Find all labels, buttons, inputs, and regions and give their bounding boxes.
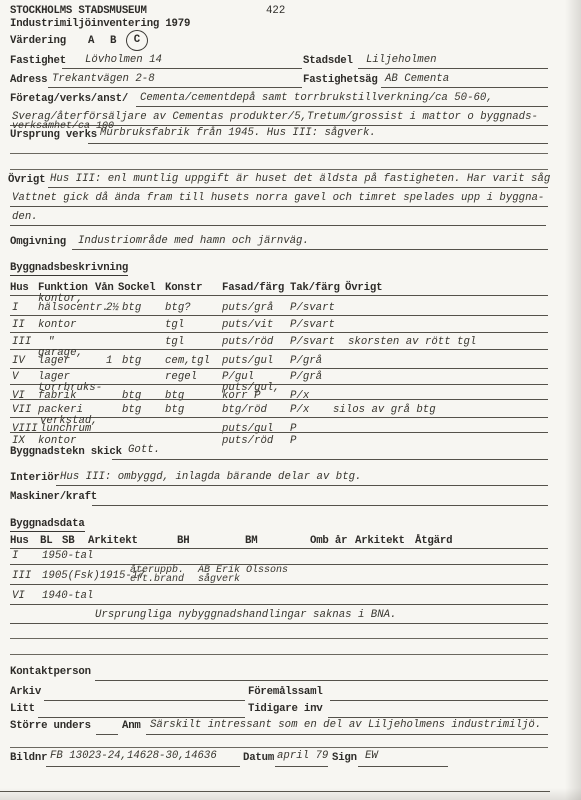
table-row-cell: V — [12, 372, 18, 383]
table-row-cell: VII — [12, 405, 31, 416]
sign-value: EW — [365, 751, 378, 762]
bd-row-cell: I — [12, 551, 18, 562]
rule — [10, 225, 546, 226]
rule — [72, 249, 548, 250]
rule — [38, 717, 245, 718]
bd-row-cell: VI — [12, 591, 25, 602]
rule — [330, 700, 548, 701]
rule — [275, 766, 328, 767]
tidigare-inv-value: - — [312, 702, 318, 713]
rule — [48, 87, 302, 88]
rule — [10, 169, 548, 170]
scan-edge-right — [565, 0, 581, 800]
table-row-cell: P — [290, 436, 296, 447]
table-row-cell: P/x — [290, 391, 309, 402]
col-hus: Hus — [10, 283, 29, 294]
rule — [10, 332, 548, 333]
bd-col-arkitekt: Arkitekt — [88, 536, 138, 547]
page-number: 422 — [266, 6, 285, 17]
ursprung-value: Murbruksfabrik från 1945. Hus III: sågve… — [100, 128, 376, 139]
adress-value: Trekantvägen 2-8 — [52, 74, 155, 85]
table-row-cell: puts/vit — [222, 320, 273, 331]
bd-col-bl: BL — [40, 536, 52, 547]
table-row-cell: I — [12, 303, 18, 314]
grade-c-circled: C — [126, 30, 148, 51]
fastighetsag-value: AB Cementa — [385, 74, 449, 85]
foremalssaml-label: Föremålssaml — [248, 687, 323, 698]
table-row-cell: 1 — [106, 356, 112, 367]
col-sockel: Sockel — [118, 283, 155, 294]
rule — [10, 747, 548, 748]
stadsdel-value: Liljeholmen — [366, 55, 437, 66]
scan-edge-bottom — [0, 788, 581, 800]
table-row-cell: P/grå — [290, 356, 322, 367]
ovrigt-line2: Vattnet gick då ända fram till husets no… — [12, 193, 544, 204]
rule — [10, 432, 548, 433]
table-row-cell: btg — [122, 356, 141, 367]
rule — [44, 700, 245, 701]
rule — [10, 349, 548, 350]
adress-label: Adress — [10, 75, 47, 86]
bd-col-sb: SB — [62, 536, 74, 547]
table-row-cell: btg — [165, 391, 184, 402]
rule — [95, 680, 548, 681]
table-row-cell: III — [12, 337, 31, 348]
bildnr-label: Bildnr — [10, 753, 47, 764]
bd-row-cell: 1940-tal — [42, 591, 93, 602]
table-row-cell: silos av grå btg — [333, 405, 436, 416]
rule — [10, 206, 548, 207]
rule — [88, 143, 548, 144]
datum-value: april 79 — [277, 751, 328, 762]
rule — [46, 766, 240, 767]
table-row-cell: IV — [12, 356, 25, 367]
anm-value: Särskilt intressant som en del av Liljeh… — [150, 720, 541, 731]
bd-note: Ursprungliga nybyggnadshandlingar saknas… — [95, 610, 396, 621]
ovrigt-line3: den. — [12, 212, 38, 223]
table-row-cell: fabrik — [38, 391, 76, 402]
skick-value: Gott. — [128, 445, 160, 456]
col-van: Vån — [95, 283, 114, 294]
table-row-cell: btg? — [165, 303, 191, 314]
table-row-cell: tgl — [165, 337, 184, 348]
table-row-cell: btg — [165, 405, 184, 416]
table-row-cell: P/svart — [290, 337, 335, 348]
col-ovrigt: Övrigt — [345, 283, 382, 294]
fastighetsag-label: Fastighetsäg — [303, 75, 378, 86]
bd-col-bm: BM — [245, 536, 257, 547]
bd-col-omb-ar: Omb år — [310, 536, 347, 547]
maskiner-label: Maskiner/kraft — [10, 492, 97, 503]
rule — [10, 623, 548, 624]
rule — [10, 368, 548, 369]
rule — [10, 638, 548, 639]
ursprung-label: Ursprung verks — [10, 130, 97, 141]
table-row-cell: skorsten av rött tgl — [348, 337, 476, 348]
bd-col-atgard: Åtgärd — [415, 536, 452, 547]
fastighet-label: Fastighet — [10, 56, 66, 67]
storre-unders-label: Större unders — [10, 721, 91, 732]
rule — [358, 68, 548, 69]
vardering-label: Värdering — [10, 36, 66, 47]
rule — [48, 187, 548, 188]
bd-col-hus: Hus — [10, 536, 29, 547]
table-row-cell: korr P — [222, 391, 260, 402]
table-row-cell: P/svart — [290, 303, 335, 314]
rule — [10, 153, 548, 154]
table-row-cell: lunchrum — [40, 424, 91, 435]
rule — [10, 654, 548, 655]
table-row-cell: VIII — [12, 424, 38, 435]
rule — [96, 734, 118, 735]
table-row-cell: regel — [165, 372, 197, 383]
ovrigt-line1: Hus III: enl muntlig uppgift är huset de… — [50, 174, 550, 185]
rule — [10, 548, 548, 549]
omgivning-label: Omgivning — [10, 237, 66, 248]
rule — [328, 717, 548, 718]
skick-label: Byggnadstekn skick — [10, 447, 122, 458]
ovrigt-label: Övrigt — [8, 175, 45, 186]
table-row-cell: P/svart — [290, 320, 335, 331]
kontaktperson-label: Kontaktperson — [10, 667, 91, 678]
table-row-cell: cem,tgl — [165, 356, 210, 367]
bd-col-arkitekt2: Arkitekt — [355, 536, 405, 547]
table-row-cell: btg — [122, 405, 141, 416]
foretag-label: Företag/verks/anst/ — [10, 94, 128, 105]
rule — [358, 766, 448, 767]
rule — [10, 604, 548, 605]
table-row-cell: puts/röd — [222, 337, 273, 348]
table-row-cell: VI — [12, 391, 25, 402]
table-row-cell: 2½ — [106, 303, 119, 314]
omgivning-value: Industriområde med hamn och järnväg. — [78, 236, 309, 247]
rule — [10, 584, 548, 585]
table-row-cell: puts/gul — [222, 356, 273, 367]
table-row-cell: P/grå — [290, 372, 322, 383]
table-row-cell: puts/grå — [222, 303, 273, 314]
arkiv-label: Arkiv — [10, 687, 41, 698]
col-konstr: Konstr — [165, 283, 202, 294]
interior-value: Hus III: ombyggd, inlagda bärande delar … — [60, 472, 361, 483]
table-row-cell: tgl — [165, 320, 184, 331]
grade-b: B — [110, 36, 116, 47]
org-title: STOCKHOLMS STADSMUSEUM — [10, 6, 147, 17]
rule — [10, 295, 548, 296]
table-row-cell: hälsocentr. — [38, 303, 109, 314]
table-row-cell: P — [290, 424, 296, 435]
byggnadsdata-heading: Byggnadsdata — [10, 519, 85, 532]
table-row-cell: II — [12, 320, 25, 331]
bd-row-cell: III — [12, 571, 31, 582]
table-row-cell: lager — [38, 356, 70, 367]
table-row-cell: puts/röd — [222, 436, 273, 447]
stadsdel-label: Stadsdel — [303, 56, 353, 67]
sign-label: Sign — [332, 753, 357, 764]
table-row-cell: P/x — [290, 405, 309, 416]
rule — [92, 505, 548, 506]
rule — [136, 106, 548, 107]
rule — [112, 459, 548, 460]
table-row-cell: puts/gul — [222, 424, 273, 435]
inventory-form-page: STOCKHOLMS STADSMUSEUM 422 Industrimiljö… — [0, 0, 581, 800]
rule — [10, 315, 548, 316]
bildnr-value: FB 13023-24,14628-30,14636 — [50, 751, 217, 762]
anm-label: Anm — [122, 721, 141, 732]
bd-col-bh: BH — [177, 536, 189, 547]
datum-label: Datum — [243, 753, 274, 764]
table-row-cell: btg/röd — [222, 405, 267, 416]
foretag-value-line1: Cementa/cementdepå samt torrbrukstillver… — [140, 93, 493, 104]
table-row-cell: btg — [122, 303, 141, 314]
rule — [146, 734, 548, 735]
table-row-cell: btg — [122, 391, 141, 402]
col-fasad: Fasad/färg — [222, 283, 284, 294]
col-tak: Tak/färg — [290, 283, 340, 294]
rule — [56, 485, 548, 486]
table-row-cell: kontor — [38, 320, 76, 331]
inventory-title: Industrimiljöinventering 1979 — [10, 19, 190, 30]
rule — [10, 399, 548, 400]
interior-label: Interiör — [10, 473, 60, 484]
rule — [381, 87, 548, 88]
fastighet-value: Lövholmen 14 — [85, 55, 162, 66]
bd-row-cell: 1950-tal — [42, 551, 93, 562]
litt-label: Litt — [10, 704, 35, 715]
grade-a: A — [88, 36, 94, 47]
byggnadsbeskrivning-heading: Byggnadsbeskrivning — [10, 263, 128, 276]
rule — [62, 68, 302, 69]
